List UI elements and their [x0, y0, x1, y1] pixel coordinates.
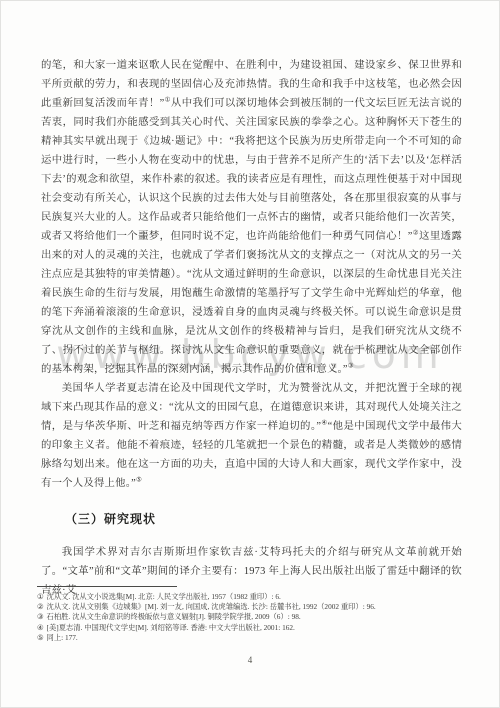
footnote-marker: ⑤ — [37, 633, 44, 642]
footnote-area: ①沈从文. 沈从文小说选集[M]. 北京: 人民文学出版社, 1957（1982… — [37, 586, 469, 643]
footnote-text: 沈从文. 沈从文别集《边城集》[M]. 刘一友, 向国成, 沈虎雏编选. 长沙:… — [47, 602, 376, 611]
paragraph: 的笔，和大家一道来讴歌人民在觉醒中、在胜利中，为建设祖国、建设家乡、保卫世界和平… — [41, 56, 462, 379]
footnote-marker: ① — [37, 592, 44, 601]
footnote-text: 沈从文. 沈从文小说选集[M]. 北京: 人民文学出版社, 1957（1982 … — [47, 592, 281, 601]
text-run: 这里透露出来的对人的灵魂的关注，也就成了学者们褒扬沈从文的支撑点之一（对沈从文的… — [41, 231, 462, 375]
footnote-marker: ③ — [37, 612, 44, 621]
page-number: 4 — [1, 655, 499, 665]
footnote-ref: ③ — [348, 363, 354, 370]
footnote: ④[美]夏志清. 中国现代文学史[M]. 刘绍铭等译. 香港: 中文大学出版社,… — [37, 623, 469, 633]
section-heading: （三）研究现状 — [41, 510, 462, 529]
text-run: 从中我们可以深切地体会到被压制的一代文坛巨匠无法言说的苦衷，同时我们亦能感受到其… — [41, 98, 462, 242]
footnote-separator-line — [37, 586, 177, 587]
footnote-list: ①沈从文. 沈从文小说选集[M]. 北京: 人民文学出版社, 1957（1982… — [37, 592, 469, 643]
footnote-ref: ⑤ — [136, 477, 142, 484]
footnote-marker: ② — [37, 602, 44, 611]
footnote: ③石柏胜. 沈从文生命意识的终极皈依与意义辐射[J]. 铜陵学院学报, 2009… — [37, 612, 469, 622]
footnote-text: 石柏胜. 沈从文生命意识的终极皈依与意义辐射[J]. 铜陵学院学报, 2009（… — [47, 612, 301, 621]
paragraph: 美国华人学者夏志清在论及中国现代文学时，尤为赞誉沈从文，并把沈置于全球的视域下来… — [41, 379, 462, 493]
footnote-marker: ④ — [37, 623, 44, 632]
footnote: ②沈从文. 沈从文别集《边城集》[M]. 刘一友, 向国成, 沈虎雏编选. 长沙… — [37, 602, 469, 612]
footnote-text: 同上: 177. — [47, 633, 78, 642]
footnote: ①沈从文. 沈从文小说选集[M]. 北京: 人民文学出版社, 1957（1982… — [37, 592, 469, 602]
footnote-text: [美]夏志清. 中国现代文学史[M]. 刘绍铭等译. 香港: 中文大学出版社, … — [47, 623, 295, 632]
document-page: www.bbcyw.com 的笔，和大家一道来讴歌人民在觉醒中、在胜利中，为建设… — [0, 0, 500, 708]
body-text: 的笔，和大家一道来讴歌人民在觉醒中、在胜利中，为建设祖国、建设家乡、保卫世界和平… — [41, 56, 462, 600]
footnote: ⑤同上: 177. — [37, 633, 469, 643]
